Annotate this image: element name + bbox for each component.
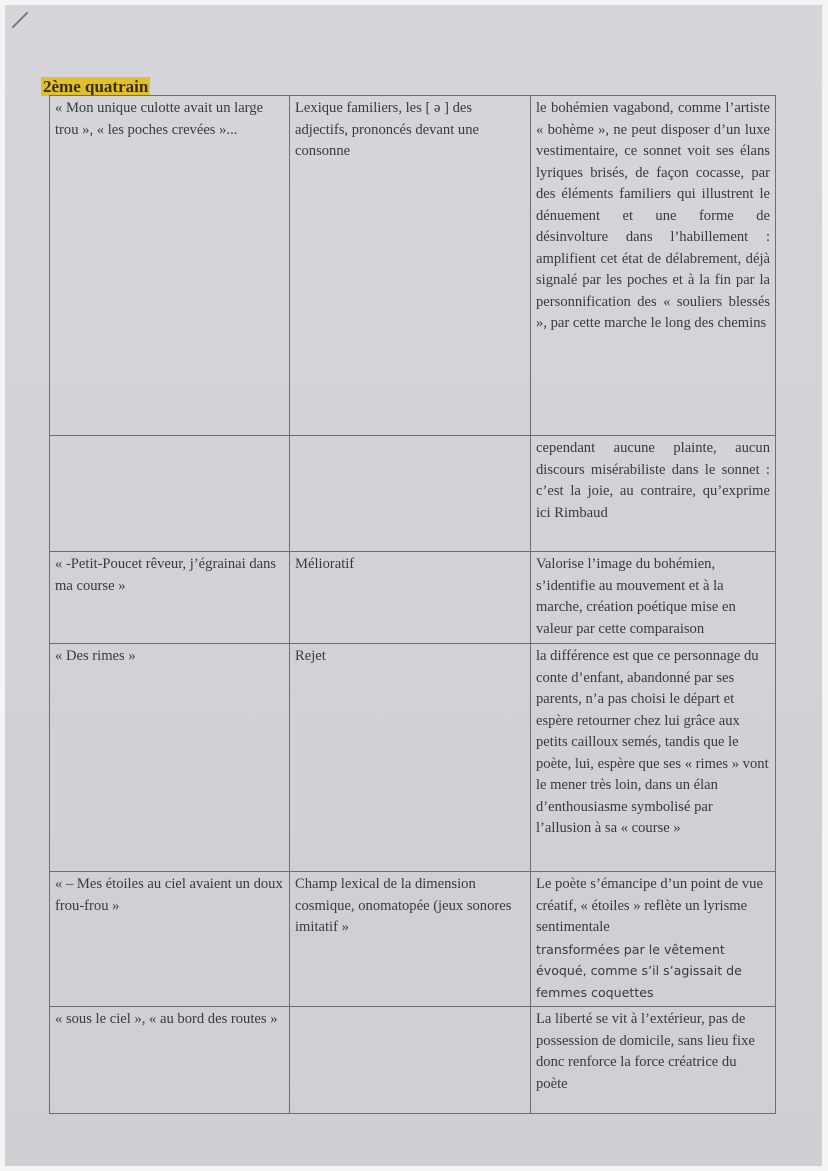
citation-cell: « Des rimes »	[50, 644, 290, 872]
interpretation-cell: La liberté se vit à l’extérieur, pas de …	[531, 1007, 776, 1114]
procede-cell: Champ lexical de la dimension cosmique, …	[290, 872, 531, 1007]
table-row: « -Petit-Poucet rêveur, j’égrainai dans …	[50, 552, 776, 644]
interpretation-cell: le bohémien vagabond, comme l’artiste « …	[531, 96, 776, 436]
table-row: « Mon unique culotte avait un large trou…	[50, 96, 776, 436]
interpretation-cell: Le poète s’émancipe d’un point de vue cr…	[531, 872, 776, 1007]
citation-cell: « Mon unique culotte avait un large trou…	[50, 96, 290, 436]
interpretation-extra-text: transformées par le vêtement évoqué, com…	[536, 939, 770, 1004]
citation-cell	[50, 436, 290, 552]
procede-cell	[290, 436, 531, 552]
procede-cell: Rejet	[290, 644, 531, 872]
procede-cell: Lexique familiers, les [ ə ] des adjecti…	[290, 96, 531, 436]
interpretation-text: Le poète s’émancipe d’un point de vue cr…	[536, 876, 763, 935]
table-row: « Des rimes » Rejet la différence est qu…	[50, 644, 776, 872]
table-row: « – Mes étoiles au ciel avaient un doux …	[50, 872, 776, 1007]
table-row: cependant aucune plainte, aucun discours…	[50, 436, 776, 552]
citation-cell: « sous le ciel », « au bord des routes »	[50, 1007, 290, 1114]
pen-mark	[12, 12, 29, 29]
section-title: 2ème quatrain	[41, 77, 150, 96]
procede-cell	[290, 1007, 531, 1114]
interpretation-cell: Valorise l’image du bohémien, s’identifi…	[531, 552, 776, 644]
analysis-table: « Mon unique culotte avait un large trou…	[49, 95, 776, 1114]
interpretation-cell: la différence est que ce personnage du c…	[531, 644, 776, 872]
table-row: « sous le ciel », « au bord des routes »…	[50, 1007, 776, 1114]
procede-cell: Mélioratif	[290, 552, 531, 644]
citation-cell: « – Mes étoiles au ciel avaient un doux …	[50, 872, 290, 1007]
interpretation-cell: cependant aucune plainte, aucun discours…	[531, 436, 776, 552]
citation-cell: « -Petit-Poucet rêveur, j’égrainai dans …	[50, 552, 290, 644]
